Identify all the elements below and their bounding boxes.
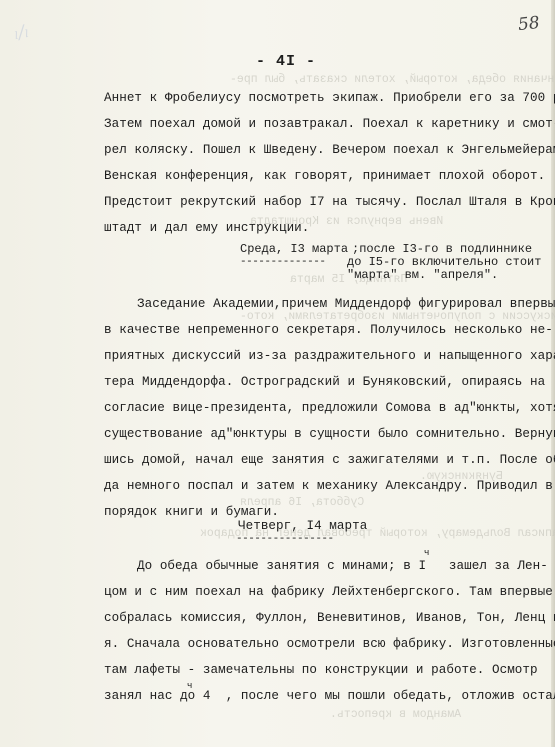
document-page: ние дела до окончания обеда, который, хо… [0, 0, 555, 747]
text-line: порядок книги и бумаги. [104, 506, 279, 519]
bleed-through-text: Амандом в крепость. [330, 708, 461, 721]
heading-underline: -------------- [240, 256, 325, 268]
date-heading-wednesday: Среда, I3 марта [240, 243, 348, 256]
text-line: существование ад"юнктуры в сущности было… [104, 428, 555, 441]
text-line: Аннет к Фробелиусу посмотреть экипаж. Пр… [104, 92, 555, 105]
text-line: шись домой, начал еще занятия с зажигате… [104, 454, 555, 467]
text-line: До обеда обычные занятия с минами; в I з… [137, 560, 548, 573]
footnote-line: "марта" вм. "апреля". [347, 269, 498, 282]
text-line: цом и с ним поехал на фабрику Лейхтенбер… [104, 586, 553, 599]
text-line: я. Сначала основательно осмотрели всю фа… [104, 638, 555, 651]
text-line: там лафеты - замечательны по конструкции… [104, 664, 538, 677]
heading-underline: ---------------- [236, 533, 334, 545]
page-edge [551, 0, 555, 747]
text-line: занял нас до 4 , после чего мы пошли обе… [104, 690, 555, 703]
text-line: Затем поехал домой и позавтракал. Поехал… [104, 118, 555, 131]
date-heading-thursday: Четверг, I4 марта [238, 520, 367, 533]
archive-sheet-number: 58 [517, 13, 541, 35]
text-line: собралась комиссия, Фуллон, Веневитинов,… [104, 612, 555, 625]
text-line: Венская конференция, как говорят, приним… [104, 170, 545, 183]
hour-superscript: ч [424, 548, 429, 558]
text-line: рел коляску. Пошел к Шведену. Вечером по… [104, 144, 555, 157]
text-line: в качестве непременного секретаря. Получ… [104, 324, 553, 337]
page-number: - 4I - [256, 53, 316, 70]
bleed-through-text: После домой дискуссии с полупочетными из… [240, 310, 555, 323]
text-line: приятных дискуссий из-за раздражительног… [104, 350, 555, 363]
text-line: Заседание Академии,причем Миддендорф фиг… [137, 298, 555, 311]
text-line: согласие вице-президента, предложили Сом… [104, 402, 555, 415]
faint-pencil-mark: ₗ/ₗ [12, 21, 30, 44]
text-line: тера Миддендорфа. Остроградский и Буняко… [104, 376, 545, 389]
text-line: Предстоит рекрутский набор I7 на тысячу.… [104, 196, 555, 209]
text-line: штадт и дал ему инструкции. [104, 222, 309, 235]
text-line: да немного поспал и затем к механику Але… [104, 480, 553, 493]
bleed-through-text: ние дела до окончания обеда, который, хо… [230, 73, 555, 86]
